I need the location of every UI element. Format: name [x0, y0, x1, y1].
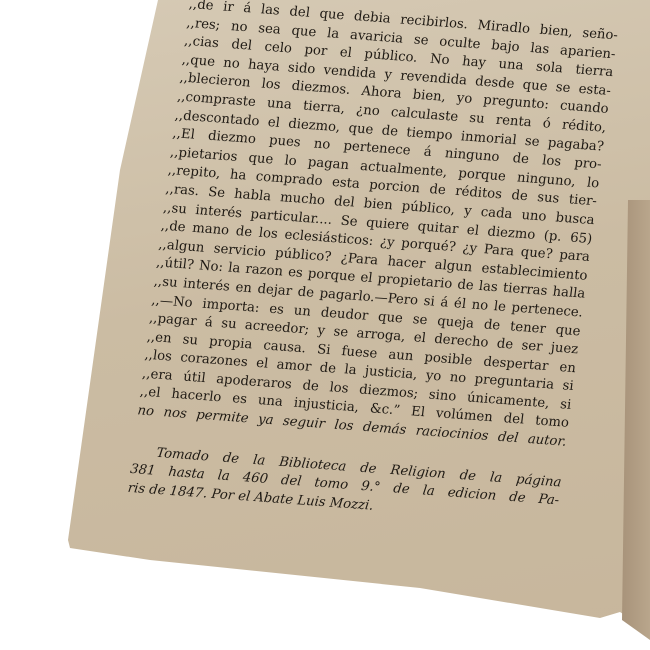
page-text-block: ,,de ir á las del que debia recibirlos. … [127, 0, 619, 530]
